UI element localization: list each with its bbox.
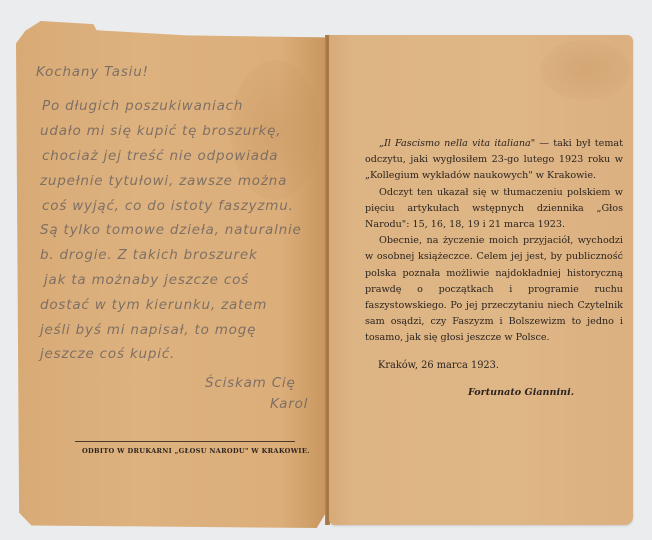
handwritten-closing: Ściskam Cię	[205, 375, 296, 391]
imprint-divider	[75, 441, 295, 442]
author-signature: Fortunato Giannini.	[468, 387, 574, 398]
handwritten-line: jeszcze coś kupić.	[40, 346, 175, 362]
handwritten-line: chociaż jej treść nie odpowiada	[42, 148, 278, 164]
handwritten-line: jeśli byś mi napisał, to mogę	[40, 322, 256, 338]
handwritten-line: Są tylko tomowe dzieła, naturalnie	[40, 222, 302, 238]
handwritten-signature: Karol	[270, 396, 308, 412]
preface-paragraph-1: „Il Fascismo nella vita italiana" — taki…	[365, 136, 623, 185]
preface-paragraph-3: Obecnie, na życzenie moich przyjaciół, w…	[365, 233, 623, 346]
preface-paragraph-2: Odczyt ten ukazał się w tłumaczeniu pols…	[365, 185, 623, 234]
handwritten-line: b. drogie. Z takich broszurek	[40, 247, 258, 263]
place-date: Kraków, 26 marca 1923.	[378, 360, 499, 371]
handwritten-line: Kochany Tasiu!	[36, 64, 149, 80]
handwritten-line: jak ta możnaby jeszcze coś	[44, 272, 249, 288]
handwritten-line: Po długich poszukiwaniach	[42, 98, 243, 114]
handwritten-line: dostać w tym kierunku, zatem	[40, 297, 267, 313]
handwritten-line: coś wyjąć, co do istoty faszyzmu.	[42, 198, 294, 214]
handwritten-line: udało mi się kupić tę broszurkę,	[40, 123, 281, 139]
printer-imprint: ODBITO W DRUKARNI „GŁOSU NARODU" W KRAKO…	[82, 447, 310, 455]
handwritten-line: zupełnie tytułowi, zawsze można	[40, 173, 287, 189]
lecture-title: „Il Fascismo nella vita italiana"	[379, 138, 535, 149]
preface-text: „Il Fascismo nella vita italiana" — taki…	[365, 136, 623, 347]
